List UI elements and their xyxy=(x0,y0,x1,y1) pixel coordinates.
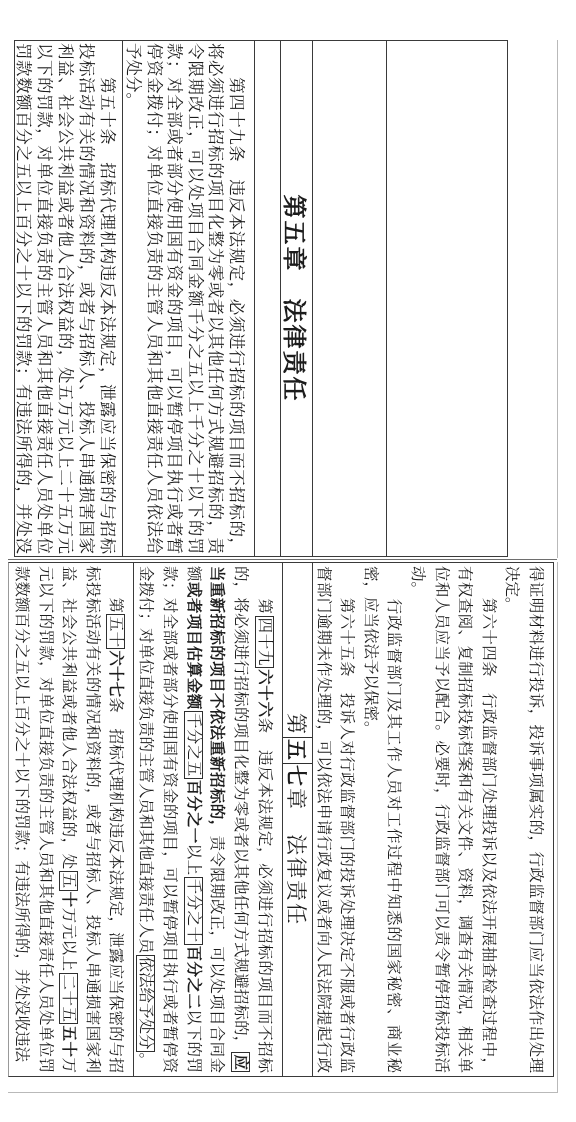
page-divider xyxy=(8,559,557,560)
draft-page-right-edge xyxy=(8,1092,558,1093)
empty-cell xyxy=(312,40,387,557)
article-64-paragraph: 第六十四条 行政监督部门处理投诉以及依法开展抽查检查过程中，有权查阅、复制招标投… xyxy=(405,566,499,1073)
empty-cell xyxy=(254,40,281,557)
article-64-secrecy-paragraph: 行政监督部门及其工作人员对工作过程中知悉的国家秘密、商业秘密，应当依法予以保密。 xyxy=(358,566,405,1073)
empty-cell xyxy=(386,40,508,557)
article-49-cell: 第四十九条 违反本法规定，必须进行招标的项目而不招标的，将必须进行招标的项目化整… xyxy=(122,40,255,557)
continuation-paragraph: 得证明材料进行投诉，投诉事项属实的，行政监督部门应当依法作出处理决定。 xyxy=(500,566,547,1073)
article-65-paragraph: 第六十五条 投诉人对行政监督部门的投诉处理决定不服或者行政监督部门逾期未作处理的… xyxy=(312,566,358,1073)
article-67-cell: 第五十六十七条 招标代理机构违反本法规定，泄露应当保密的与招标投标活动有关的情况… xyxy=(8,562,134,1077)
draft-continuation-cell: 得证明材料进行投诉，投诉事项属实的，行政监督部门应当依法作出处理决定。 第六十四… xyxy=(312,562,554,1077)
chapter-heading-draft: 第五七章 法律责任 xyxy=(282,562,313,1077)
article-50-cell: 第五十条 招标代理机构违反本法规定，泄露应当保密的与招标投标活动有关的情况和资料… xyxy=(14,40,123,557)
chapter-heading-current: 第五章 法律责任 xyxy=(280,40,313,557)
rotated-document-canvas: 第五章 法律责任 第四十九条 违反本法规定，必须进行招标的项目而不招标的，将必须… xyxy=(0,0,576,1122)
page-top-edge xyxy=(557,40,558,558)
article-66-cell: 第四十九六十六条 违反本法规定，必须进行招标的项目而不招标的，将必须进行招标的项… xyxy=(133,562,283,1077)
draft-page-top-edge xyxy=(557,562,558,1092)
